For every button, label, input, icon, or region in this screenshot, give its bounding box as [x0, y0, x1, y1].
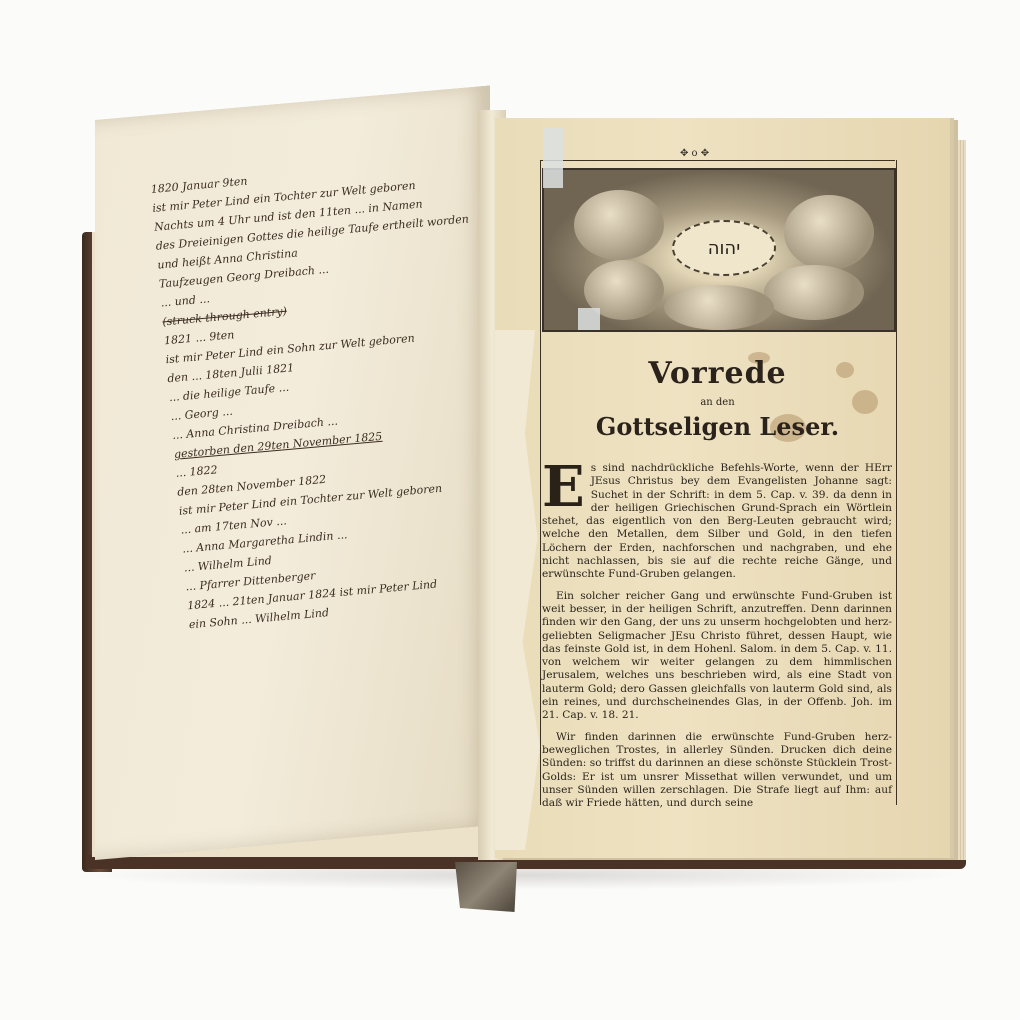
cloud-shape: [574, 190, 664, 260]
cloud-shape: [764, 265, 864, 320]
paragraph: Wir finden darinnen die erwünschte Fund-…: [542, 731, 892, 811]
bookmark-ribbon: [455, 862, 517, 912]
glory-divine-name: יהוה: [672, 220, 776, 276]
cloud-shape: [784, 195, 874, 270]
header-ornament: ✥ o ✥: [680, 148, 709, 159]
tape-strip: [578, 308, 600, 330]
drop-cap: E: [542, 462, 585, 512]
cloud-shape: [664, 285, 774, 330]
paragraph-text: s sind nachdrückliche Befehls-Worte, wen…: [542, 462, 892, 580]
preface-body: Es sind nachdrückliche Befehls-Worte, we…: [542, 462, 892, 818]
preface-heading: Vorrede an den Gottseligen Leser.: [540, 356, 895, 441]
subtitle-an-den: an den: [540, 397, 895, 408]
paragraph: Es sind nachdrückliche Befehls-Worte, we…: [542, 462, 892, 582]
title-vorrede: Vorrede: [540, 356, 895, 391]
handwritten-register: 1820 Januar 9ten ist mir Peter Lind ein …: [150, 151, 518, 634]
tape-strip: [543, 128, 563, 188]
title-gottseligen-leser: Gottseligen Leser.: [540, 412, 895, 441]
paragraph: Ein solcher reicher Gang und erwünschte …: [542, 590, 892, 723]
